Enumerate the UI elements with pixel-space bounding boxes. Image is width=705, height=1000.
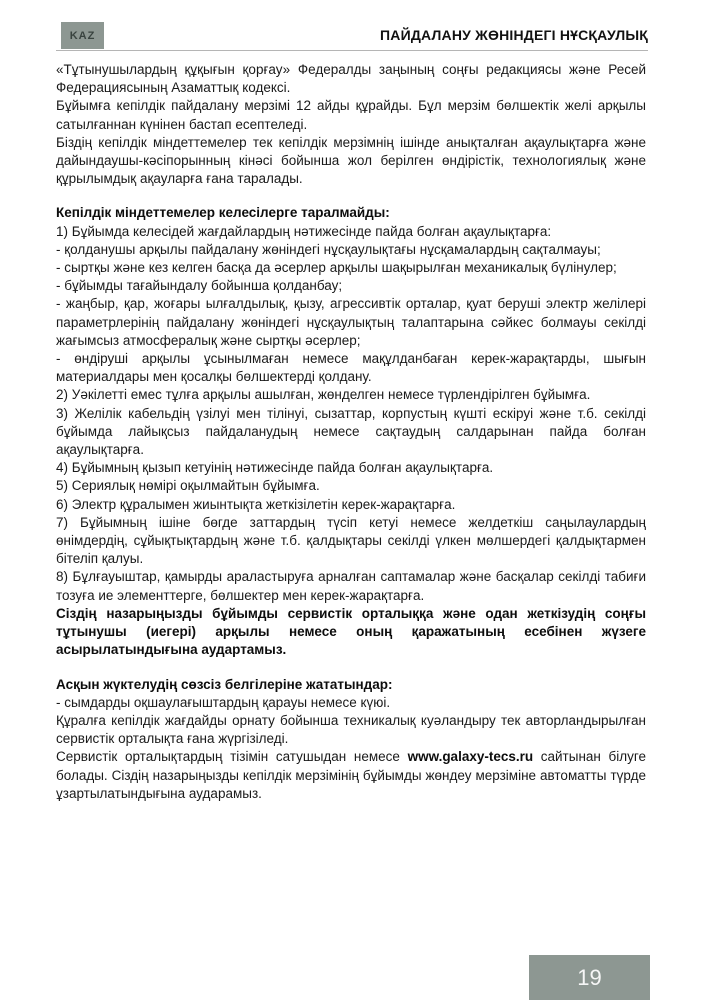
text-segment: - сыртқы және кез келген басқа да әсерле… bbox=[56, 260, 617, 275]
paragraph-spacer bbox=[56, 188, 646, 204]
page-number: 19 bbox=[577, 965, 601, 991]
text-segment: 1) Бұйымда келесідей жағдайлардың нәтиже… bbox=[56, 224, 551, 239]
text-segment: 6) Электр құралымен жиынтықта жеткізілет… bbox=[56, 497, 455, 512]
paragraph: 6) Электр құралымен жиынтықта жеткізілет… bbox=[56, 496, 646, 514]
text-segment: «Тұтынушылардың құқығын қорғау» Федералд… bbox=[56, 62, 646, 95]
language-badge: KAZ bbox=[61, 22, 104, 49]
text-segment: - өндіруші арқылы ұсынылмаған немесе мақ… bbox=[56, 351, 646, 384]
text-segment: Бұйымға кепілдік пайдалану мерзімі 12 ай… bbox=[56, 98, 646, 131]
paragraph: - өндіруші арқылы ұсынылмаған немесе мақ… bbox=[56, 350, 646, 386]
bold-paragraph: Кепілдік міндеттемелер келесілерге тарал… bbox=[56, 204, 646, 222]
text-segment: Сервистік орталықтардың тізімін сатушыда… bbox=[56, 749, 408, 764]
text-segment: - қолданушы арқылы пайдалану жөніндегі н… bbox=[56, 242, 601, 257]
paragraph: 5) Сериялық нөмірі оқылмайтын бұйымға. bbox=[56, 477, 646, 495]
text-segment: Біздің кепілдік міндеттемелер тек кепілд… bbox=[56, 135, 646, 186]
text-segment: 2) Уәкілетті емес тұлға арқылы ашылған, … bbox=[56, 387, 590, 402]
paragraph: Сервистік орталықтардың тізімін сатушыда… bbox=[56, 748, 646, 803]
paragraph-spacer bbox=[56, 660, 646, 676]
paragraph: - қолданушы арқылы пайдалану жөніндегі н… bbox=[56, 241, 646, 259]
page-number-box: 19 bbox=[529, 955, 650, 1000]
paragraph: 1) Бұйымда келесідей жағдайлардың нәтиже… bbox=[56, 223, 646, 241]
text-segment: - бұйымды тағайындалу бойынша қолданбау; bbox=[56, 278, 342, 293]
paragraph: - сымдарды оқшаулағыштардың қарауы немес… bbox=[56, 694, 646, 712]
text-segment: 5) Сериялық нөмірі оқылмайтын бұйымға. bbox=[56, 478, 320, 493]
paragraph: - жаңбыр, қар, жоғары ылғалдылық, қызу, … bbox=[56, 295, 646, 350]
paragraph: 8) Бұлғауыштар, қамырды араластыруға арн… bbox=[56, 568, 646, 604]
paragraph: «Тұтынушылардың құқығын қорғау» Федералд… bbox=[56, 61, 646, 97]
website-url: www.galaxy-tecs.ru bbox=[408, 749, 534, 764]
paragraph: Құралға кепілдік жағдайды орнату бойынша… bbox=[56, 712, 646, 748]
bold-paragraph: Асқын жүктелудің сөзсіз белгілеріне жата… bbox=[56, 676, 646, 694]
paragraph: Біздің кепілдік міндеттемелер тек кепілд… bbox=[56, 134, 646, 189]
text-segment: Құралға кепілдік жағдайды орнату бойынша… bbox=[56, 713, 646, 746]
text-segment: - сымдарды оқшаулағыштардың қарауы немес… bbox=[56, 695, 390, 710]
paragraph: - бұйымды тағайындалу бойынша қолданбау; bbox=[56, 277, 646, 295]
paragraph: 3) Желілік кабельдің үзілуі мен тілінуі,… bbox=[56, 405, 646, 460]
header-title: ПАЙДАЛАНУ ЖӨНІНДЕГІ НҰСҚАУЛЫҚ bbox=[380, 27, 648, 43]
header-rule bbox=[56, 50, 648, 51]
text-segment: 8) Бұлғауыштар, қамырды араластыруға арн… bbox=[56, 569, 646, 602]
paragraph: - сыртқы және кез келген басқа да әсерле… bbox=[56, 259, 646, 277]
text-segment: 7) Бұйымның ішіне бөгде заттардың түсіп … bbox=[56, 515, 646, 566]
paragraph: 4) Бұйымның қызып кетуінің нәтижесінде п… bbox=[56, 459, 646, 477]
bold-paragraph: Сіздің назарыңызды бұйымды сервистік орт… bbox=[56, 605, 646, 660]
text-segment: Асқын жүктелудің сөзсіз белгілеріне жата… bbox=[56, 677, 392, 692]
text-segment: 3) Желілік кабельдің үзілуі мен тілінуі,… bbox=[56, 406, 646, 457]
body-content: «Тұтынушылардың құқығын қорғау» Федералд… bbox=[56, 61, 646, 803]
text-segment: Сіздің назарыңызды бұйымды сервистік орт… bbox=[56, 606, 646, 657]
text-segment: 4) Бұйымның қызып кетуінің нәтижесінде п… bbox=[56, 460, 493, 475]
paragraph: 2) Уәкілетті емес тұлға арқылы ашылған, … bbox=[56, 386, 646, 404]
paragraph: 7) Бұйымның ішіне бөгде заттардың түсіп … bbox=[56, 514, 646, 569]
text-segment: - жаңбыр, қар, жоғары ылғалдылық, қызу, … bbox=[56, 296, 646, 347]
text-segment: Кепілдік міндеттемелер келесілерге тарал… bbox=[56, 205, 390, 220]
paragraph: Бұйымға кепілдік пайдалану мерзімі 12 ай… bbox=[56, 97, 646, 133]
